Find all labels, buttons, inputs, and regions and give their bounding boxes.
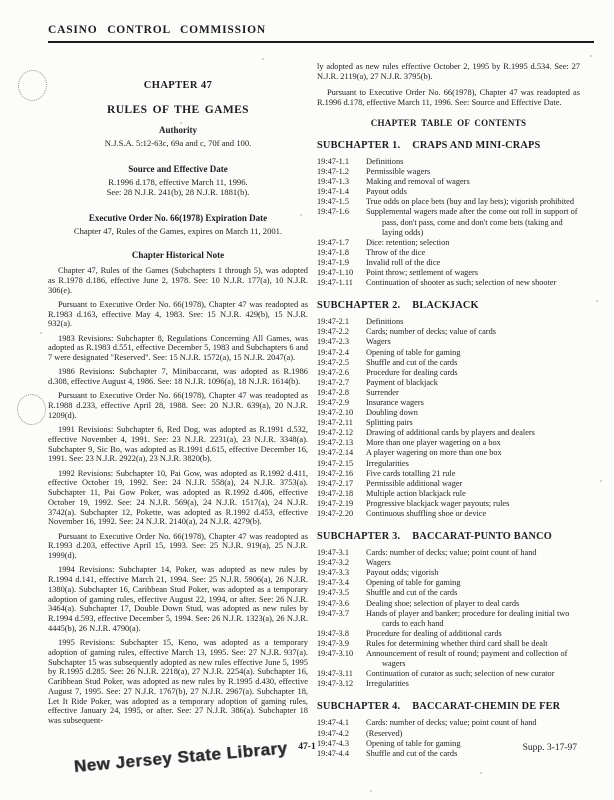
toc-item: 19:47-3.10Announcement of result of roun…	[317, 649, 580, 669]
toc-item-number: 19:47-3.12	[317, 679, 366, 689]
toc-item: 19:47-2.12Drawing of additional cards by…	[317, 428, 580, 438]
toc-item-label: Shuffle and cut of the cards	[366, 588, 580, 598]
left-column: CHAPTER 47 RULES OF THE GAMES Authority …	[48, 52, 308, 761]
subchapter-number: SUBCHAPTER 2.	[317, 300, 400, 311]
historical-paragraph: 1986 Revisions: Subchapter 7, Minibaccar…	[48, 367, 308, 387]
table-of-contents: SUBCHAPTER 1.CRAPS AND MINI-CRAPS19:47-1…	[317, 140, 580, 759]
subchapter-number: SUBCHAPTER 4.	[317, 701, 400, 712]
source-line-2: See: 28 N.J.R. 241(b), 28 N.J.R. 1881(b)…	[48, 187, 308, 197]
toc-item: 19:47-3.6Dealing shoe; selection of play…	[317, 599, 580, 609]
historical-paragraph: Chapter 47, Rules of the Games (Subchapt…	[48, 266, 308, 295]
toc-item-label: Opening of table for gaming	[366, 348, 580, 358]
toc-item-number: 19:47-2.3	[317, 337, 366, 347]
toc-section-list: 19:47-1.1Definitions19:47-1.2Permissible…	[317, 157, 580, 288]
toc-item-label: Five cards totalling 21 rule	[366, 469, 580, 479]
toc-item-number: 19:47-2.14	[317, 448, 366, 458]
hole-punch-mark	[16, 68, 49, 103]
toc-item-number: 19:47-3.1	[317, 548, 366, 558]
subchapter-heading: SUBCHAPTER 4.BACCARAT-CHEMIN DE FER	[317, 701, 580, 712]
toc-item: 19:47-2.20Continuous shuffling shoe or d…	[317, 509, 580, 519]
toc-item: 19:47-2.19Progressive blackjack wager pa…	[317, 499, 580, 509]
toc-item-label: Permissible wagers	[366, 167, 580, 177]
subchapter-number: SUBCHAPTER 1.	[317, 140, 400, 151]
toc-item: 19:47-2.3Wagers	[317, 337, 580, 347]
toc-item-label: Surrender	[366, 388, 580, 398]
historical-note-heading: Chapter Historical Note	[48, 250, 308, 260]
scan-speck	[40, 332, 42, 334]
toc-item: 19:47-1.5True odds on place bets (buy an…	[317, 197, 580, 207]
toc-item-label: Supplemental wagers made after the come …	[366, 207, 580, 237]
historical-paragraph: 1992 Revisions: Subchapter 10, Pai Gow, …	[48, 469, 308, 528]
toc-item-label: Hands of player and banker; procedure fo…	[366, 609, 580, 629]
toc-item: 19:47-4.2(Reserved)	[317, 729, 580, 739]
toc-item: 19:47-1.10Point throw; settlement of wag…	[317, 268, 580, 278]
toc-item-label: Dice: retention; selection	[366, 238, 580, 248]
toc-item: 19:47-3.5Shuffle and cut of the cards	[317, 588, 580, 598]
toc-item: 19:47-2.14A player wagering on more than…	[317, 448, 580, 458]
toc-item: 19:47-3.9Rules for determining whether t…	[317, 639, 580, 649]
toc-item-number: 19:47-1.4	[317, 187, 366, 197]
toc-item-number: 19:47-2.8	[317, 388, 366, 398]
toc-item-number: 19:47-3.4	[317, 578, 366, 588]
chapter-number-heading: CHAPTER 47	[48, 80, 308, 91]
scan-speck	[370, 790, 372, 792]
toc-item: 19:47-3.8Procedure for dealing of additi…	[317, 629, 580, 639]
historical-paragraph: 1995 Revisions: Subchapter 15, Keno, was…	[48, 638, 308, 726]
toc-item: 19:47-3.1Cards: number of decks; value; …	[317, 548, 580, 558]
authority-text: N.J.S.A. 5:12-63c, 69a and c, 70f and 10…	[48, 138, 308, 148]
toc-item-label: Shuffle and cut of the cards	[366, 358, 580, 368]
toc-item: 19:47-3.7Hands of player and banker; pro…	[317, 609, 580, 629]
toc-item-number: 19:47-3.6	[317, 599, 366, 609]
toc-item-label: Dealing shoe; selection of player to dea…	[366, 599, 580, 609]
toc-item: 19:47-3.4Opening of table for gaming	[317, 578, 580, 588]
toc-item: 19:47-1.3Making and removal of wagers	[317, 177, 580, 187]
toc-item-number: 19:47-2.10	[317, 408, 366, 418]
toc-item-label: Cards; number of decks; value of cards	[366, 327, 580, 337]
toc-item-number: 19:47-1.8	[317, 248, 366, 258]
toc-item-label: Splitting pairs	[366, 418, 580, 428]
toc-item-number: 19:47-2.15	[317, 459, 366, 469]
toc-item: 19:47-1.2Permissible wagers	[317, 167, 580, 177]
scan-speck	[596, 300, 598, 302]
toc-item: 19:47-2.11Splitting pairs	[317, 418, 580, 428]
subchapter-heading: SUBCHAPTER 2.BLACKJACK	[317, 300, 580, 311]
toc-item-number: 19:47-4.2	[317, 729, 366, 739]
toc-item-number: 19:47-1.9	[317, 258, 366, 268]
toc-item-number: 19:47-2.19	[317, 499, 366, 509]
toc-item-number: 19:47-3.5	[317, 588, 366, 598]
scan-speck	[180, 122, 182, 124]
table-of-contents-heading: CHAPTER TABLE OF CONTENTS	[317, 118, 580, 128]
document-page: CASINO CONTROL COMMISSION CHAPTER 47 RUL…	[0, 0, 614, 800]
toc-item-label: Doubling down	[366, 408, 580, 418]
toc-item: 19:47-2.8Surrender	[317, 388, 580, 398]
toc-item-label: True odds on place bets (buy and lay bet…	[366, 197, 580, 207]
right-column: ly adopted as new rules effective Octobe…	[317, 52, 580, 761]
toc-item-label: Point throw; settlement of wagers	[366, 268, 580, 278]
scan-speck	[480, 772, 482, 774]
toc-item-label: Progressive blackjack wager payouts; rul…	[366, 499, 580, 509]
historical-paragraph: Pursuant to Executive Order No. 66(1978)…	[48, 532, 308, 561]
toc-item-label: Definitions	[366, 157, 580, 167]
toc-item-label: Multiple action blackjack rule	[366, 489, 580, 499]
toc-item-number: 19:47-2.12	[317, 428, 366, 438]
toc-item: 19:47-2.17Permissible additional wager	[317, 479, 580, 489]
toc-item-label: Wagers	[366, 558, 580, 568]
subchapter-heading: SUBCHAPTER 3.BACCARAT-PUNTO BANCO	[317, 531, 580, 542]
toc-item-label: Insurance wagers	[366, 398, 580, 408]
toc-item-number: 19:47-2.16	[317, 469, 366, 479]
toc-item-number: 19:47-2.2	[317, 327, 366, 337]
toc-item: 19:47-4.1Cards: number of decks; value; …	[317, 718, 580, 728]
readoption-paragraph: Pursuant to Executive Order No. 66(1978)…	[317, 88, 580, 108]
scan-speck	[262, 58, 264, 60]
toc-item: 19:47-2.15Irregularities	[317, 459, 580, 469]
toc-item-number: 19:47-2.11	[317, 418, 366, 428]
toc-item-label: Announcement of result of round; payment…	[366, 649, 580, 669]
toc-item: 19:47-2.1Definitions	[317, 317, 580, 327]
toc-item-label: Wagers	[366, 337, 580, 347]
toc-item-label: Procedure for dealing of additional card…	[366, 629, 580, 639]
historical-paragraph: Pursuant to Executive Order No. 66(1978)…	[48, 300, 308, 329]
toc-item-label: Cards: number of decks; value; point cou…	[366, 548, 580, 558]
scan-speck	[140, 700, 142, 702]
toc-item-label: Drawing of additional cards by players a…	[366, 428, 580, 438]
toc-item: 19:47-2.6Procedure for dealing cards	[317, 368, 580, 378]
toc-item-label: Procedure for dealing cards	[366, 368, 580, 378]
toc-item-number: 19:47-3.10	[317, 649, 366, 669]
toc-item-number: 19:47-2.1	[317, 317, 366, 327]
toc-item-label: Continuation of shooter as such; selecti…	[366, 278, 580, 288]
toc-item-number: 19:47-3.2	[317, 558, 366, 568]
toc-item-label: (Reserved)	[366, 729, 580, 739]
toc-item: 19:47-1.6Supplemental wagers made after …	[317, 207, 580, 237]
toc-item-label: Continuation of curator as such; selecti…	[366, 669, 580, 679]
toc-item-label: More than one player wagering on a box	[366, 438, 580, 448]
historical-paragraph: 1983 Revisions: Subchapter 8, Regulation…	[48, 334, 308, 363]
hole-punch-mark	[15, 393, 47, 427]
toc-item: 19:47-1.11Continuation of shooter as suc…	[317, 278, 580, 288]
toc-item-number: 19:47-2.18	[317, 489, 366, 499]
toc-item: 19:47-2.18Multiple action blackjack rule	[317, 489, 580, 499]
toc-item-label: Permissible additional wager	[366, 479, 580, 489]
subchapter-title: BACCARAT-PUNTO BANCO	[412, 531, 552, 542]
toc-item-label: Invalid roll of the dice	[366, 258, 580, 268]
toc-item-number: 19:47-1.7	[317, 238, 366, 248]
toc-item-number: 19:47-1.11	[317, 278, 366, 288]
toc-item-label: Payout odds	[366, 187, 580, 197]
toc-item-number: 19:47-1.3	[317, 177, 366, 187]
source-line-1: R.1996 d.178, effective March 11, 1996.	[48, 177, 308, 187]
toc-item: 19:47-2.16Five cards totalling 21 rule	[317, 469, 580, 479]
toc-item-number: 19:47-3.3	[317, 568, 366, 578]
toc-item: 19:47-3.2Wagers	[317, 558, 580, 568]
toc-item-number: 19:47-3.11	[317, 669, 366, 679]
toc-item-number: 19:47-1.1	[317, 157, 366, 167]
toc-item-label: Definitions	[366, 317, 580, 327]
subchapter-title: BACCARAT-CHEMIN DE FER	[412, 701, 560, 712]
toc-section-list: 19:47-3.1Cards: number of decks; value; …	[317, 548, 580, 689]
continuation-paragraph: ly adopted as new rules effective Octobe…	[317, 62, 580, 82]
toc-item-number: 19:47-2.4	[317, 348, 366, 358]
toc-item-label: Payout odds; vigorish	[366, 568, 580, 578]
toc-item: 19:47-1.9Invalid roll of the dice	[317, 258, 580, 268]
subchapter-heading: SUBCHAPTER 1.CRAPS AND MINI-CRAPS	[317, 140, 580, 151]
toc-item-number: 19:47-2.7	[317, 378, 366, 388]
toc-item-number: 19:47-2.13	[317, 438, 366, 448]
authority-heading: Authority	[48, 125, 308, 135]
toc-item: 19:47-2.10Doubling down	[317, 408, 580, 418]
scan-speck	[590, 55, 592, 57]
toc-item-number: 19:47-3.8	[317, 629, 366, 639]
toc-item-number: 19:47-1.6	[317, 207, 366, 237]
executive-order-text: Chapter 47, Rules of the Games, expires …	[48, 226, 308, 236]
toc-item: 19:47-2.7Payment of blackjack	[317, 378, 580, 388]
toc-item-label: Irregularities	[366, 459, 580, 469]
source-heading: Source and Effective Date	[48, 164, 308, 174]
toc-item-label: Making and removal of wagers	[366, 177, 580, 187]
toc-item-number: 19:47-2.17	[317, 479, 366, 489]
chapter-title: RULES OF THE GAMES	[48, 104, 308, 116]
historical-note-paragraphs: Chapter 47, Rules of the Games (Subchapt…	[48, 266, 308, 726]
scan-speck	[300, 214, 302, 216]
historical-paragraph: Pursuant to Executive Order No. 66(1978)…	[48, 391, 308, 420]
toc-item: 19:47-2.9Insurance wagers	[317, 398, 580, 408]
toc-item-label: Continuous shuffling shoe or device	[366, 509, 580, 519]
toc-item-label: Rules for determining whether third card…	[366, 639, 580, 649]
agency-title: CASINO CONTROL COMMISSION	[48, 24, 594, 36]
toc-item: 19:47-1.4Payout odds	[317, 187, 580, 197]
masthead: CASINO CONTROL COMMISSION	[48, 24, 594, 43]
toc-item-label: Opening of table for gaming	[366, 578, 580, 588]
supplement-date: Supp. 3-17-97	[523, 743, 577, 753]
toc-item-label: Payment of blackjack	[366, 378, 580, 388]
toc-item-number: 19:47-2.9	[317, 398, 366, 408]
toc-item: 19:47-3.12Irregularities	[317, 679, 580, 689]
toc-item-number: 19:47-2.20	[317, 509, 366, 519]
toc-item-number: 19:47-4.1	[317, 718, 366, 728]
toc-item: 19:47-1.7Dice: retention; selection	[317, 238, 580, 248]
toc-item-number: 19:47-1.2	[317, 167, 366, 177]
toc-item-label: Cards: number of decks; value; point cou…	[366, 718, 580, 728]
historical-paragraph: 1994 Revisions: Subchapter 14, Poker, wa…	[48, 565, 308, 633]
historical-paragraph: 1991 Revisions: Subchapter 6, Red Dog, w…	[48, 425, 308, 464]
subchapter-number: SUBCHAPTER 3.	[317, 531, 400, 542]
executive-order-heading: Executive Order No. 66(1978) Expiration …	[48, 213, 308, 223]
toc-item-number: 19:47-2.5	[317, 358, 366, 368]
toc-item-number: 19:47-1.10	[317, 268, 366, 278]
toc-item: 19:47-1.1Definitions	[317, 157, 580, 167]
toc-item-number: 19:47-3.7	[317, 609, 366, 629]
toc-item: 19:47-3.3Payout odds; vigorish	[317, 568, 580, 578]
toc-item-number: 19:47-3.9	[317, 639, 366, 649]
scan-speck	[600, 480, 602, 482]
toc-section-list: 19:47-2.1Definitions19:47-2.2Cards; numb…	[317, 317, 580, 519]
toc-item-number: 19:47-2.6	[317, 368, 366, 378]
toc-item: 19:47-3.11Continuation of curator as suc…	[317, 669, 580, 679]
toc-item-number: 19:47-1.5	[317, 197, 366, 207]
subchapter-title: BLACKJACK	[412, 300, 478, 311]
toc-item: 19:47-2.4Opening of table for gaming	[317, 348, 580, 358]
toc-item-label: Throw of the dice	[366, 248, 580, 258]
toc-item: 19:47-2.13More than one player wagering …	[317, 438, 580, 448]
toc-item-label: A player wagering on more than one box	[366, 448, 580, 458]
toc-item-label: Irregularities	[366, 679, 580, 689]
toc-item: 19:47-1.8Throw of the dice	[317, 248, 580, 258]
two-column-body: CHAPTER 47 RULES OF THE GAMES Authority …	[48, 52, 580, 761]
toc-item: 19:47-2.5Shuffle and cut of the cards	[317, 358, 580, 368]
toc-item: 19:47-2.2Cards; number of decks; value o…	[317, 327, 580, 337]
subchapter-title: CRAPS AND MINI-CRAPS	[412, 140, 540, 151]
